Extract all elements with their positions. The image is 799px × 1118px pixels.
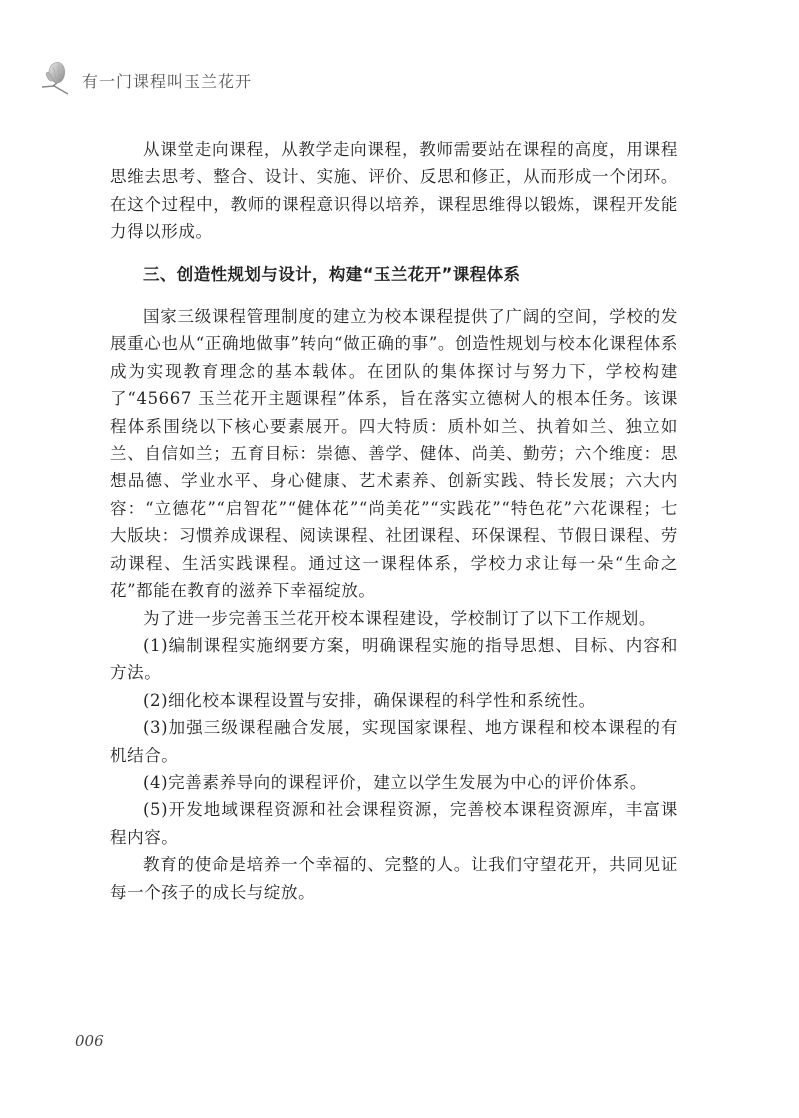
plan-item: (5)开发地域课程资源和社会课程资源，完善校本课程资源库，丰富课程内容。 — [110, 796, 678, 851]
body-paragraph: 为了进一步完善玉兰花开校本课程建设，学校制订了以下工作规划。 — [110, 605, 678, 632]
magnolia-flower-icon — [38, 59, 78, 101]
intro-paragraph: 从课堂走向课程，从教学走向课程，教师需要站在课程的高度，用课程思维去思考、整合、… — [110, 136, 678, 246]
page-body: 从课堂走向课程，从教学走向课程，教师需要站在课程的高度，用课程思维去思考、整合、… — [110, 136, 678, 906]
plan-item: (1)编制课程实施纲要方案，明确课程实施的指导思想、目标、内容和方法。 — [110, 632, 678, 687]
body-paragraph: 国家三级课程管理制度的建立为校本课程提供了广阔的空间，学校的发展重心也从“正确地… — [110, 303, 678, 604]
closing-paragraph: 教育的使命是培养一个幸福的、完整的人。让我们守望花开，共同见证每一个孩子的成长与… — [110, 851, 678, 906]
plan-item: (4)完善素养导向的课程评价，建立以学生发展为中心的评价体系。 — [110, 769, 678, 796]
plan-item: (3)加强三级课程融合发展，实现国家课程、地方课程和校本课程的有机结合。 — [110, 714, 678, 769]
running-header: 有一门课程叫玉兰花开 — [38, 60, 252, 100]
plan-item: (2)细化校本课程设置与安排，确保课程的科学性和系统性。 — [110, 687, 678, 714]
page-number: 006 — [75, 1032, 104, 1050]
section-heading: 三、创造性规划与设计，构建“玉兰花开”课程体系 — [110, 261, 678, 288]
book-title: 有一门课程叫玉兰花开 — [82, 69, 252, 92]
